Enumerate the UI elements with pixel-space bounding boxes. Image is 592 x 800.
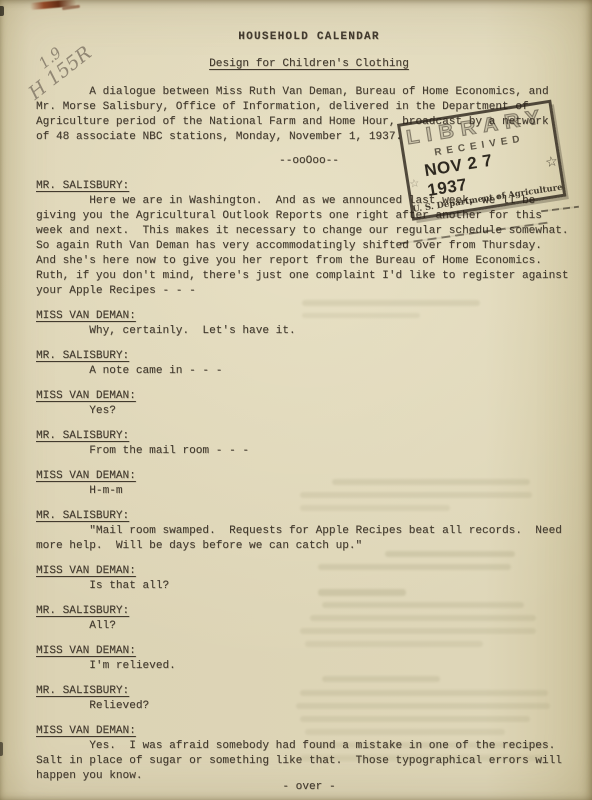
speaker-heading: MR. SALISBURY: <box>36 604 582 619</box>
dialogue-container: MR. SALISBURY: Here we are in Washington… <box>36 179 582 784</box>
page-subtitle-text: Design for Children's Clothing <box>209 58 409 70</box>
speaker-heading: MISS VAN DEMAN: <box>36 644 582 659</box>
star-icon: ☆ <box>544 152 559 171</box>
speaker-heading: MISS VAN DEMAN: <box>36 469 582 484</box>
dialogue-section: MISS VAN DEMAN: Why, certainly. Let's ha… <box>36 309 582 339</box>
scanned-document-page: 1.9 H 155R HOUSEHOLD CALENDAR Design for… <box>0 0 592 800</box>
speaker-heading: MISS VAN DEMAN: <box>36 309 582 324</box>
page-subtitle: Design for Children's Clothing <box>36 57 582 72</box>
speech-text: "Mail room swamped. Requests for Apple R… <box>36 524 582 554</box>
dialogue-section: MR. SALISBURY: A note came in - - - <box>36 349 582 379</box>
dialogue-section: MISS VAN DEMAN: Is that all? <box>36 564 582 594</box>
speech-text: Yes? <box>36 404 582 419</box>
speech-text: Yes. I was afraid somebody had found a m… <box>36 739 582 784</box>
dialogue-section: MISS VAN DEMAN: H-m-m <box>36 469 582 499</box>
speech-text: Why, certainly. Let's have it. <box>36 324 582 339</box>
speaker-heading: MISS VAN DEMAN: <box>36 724 582 739</box>
dialogue-section: MR. SALISBURY: All? <box>36 604 582 634</box>
star-icon: ☆ <box>408 176 420 190</box>
scan-edge-mark <box>0 742 3 756</box>
dialogue-section: MISS VAN DEMAN: Yes? <box>36 389 582 419</box>
speech-text: Here we are in Washington. And as we ann… <box>36 194 582 299</box>
speech-text: H-m-m <box>36 484 582 499</box>
dialogue-section: MR. SALISBURY: "Mail room swamped. Reque… <box>36 509 582 554</box>
speech-text: All? <box>36 619 582 634</box>
speaker-heading: MR. SALISBURY: <box>36 684 582 699</box>
speech-text: I'm relieved. <box>36 659 582 674</box>
dialogue-section: MISS VAN DEMAN: Yes. I was afraid somebo… <box>36 724 582 784</box>
dialogue-section: MR. SALISBURY: From the mail room - - - <box>36 429 582 459</box>
speaker-heading: MISS VAN DEMAN: <box>36 389 582 404</box>
dialogue-section: MISS VAN DEMAN: I'm relieved. <box>36 644 582 674</box>
scan-edge-mark <box>0 6 4 16</box>
speech-text: From the mail room - - - <box>36 444 582 459</box>
speech-text: Is that all? <box>36 579 582 594</box>
dialogue-section: MR. SALISBURY: Relieved? <box>36 684 582 714</box>
speaker-heading: MR. SALISBURY: <box>36 509 582 524</box>
speaker-heading: MR. SALISBURY: <box>36 429 582 444</box>
speaker-heading: MISS VAN DEMAN: <box>36 564 582 579</box>
speaker-heading: MR. SALISBURY: <box>36 349 582 364</box>
speech-text: Relieved? <box>36 699 582 714</box>
speech-text: A note came in - - - <box>36 364 582 379</box>
page-title: HOUSEHOLD CALENDAR <box>36 30 582 45</box>
